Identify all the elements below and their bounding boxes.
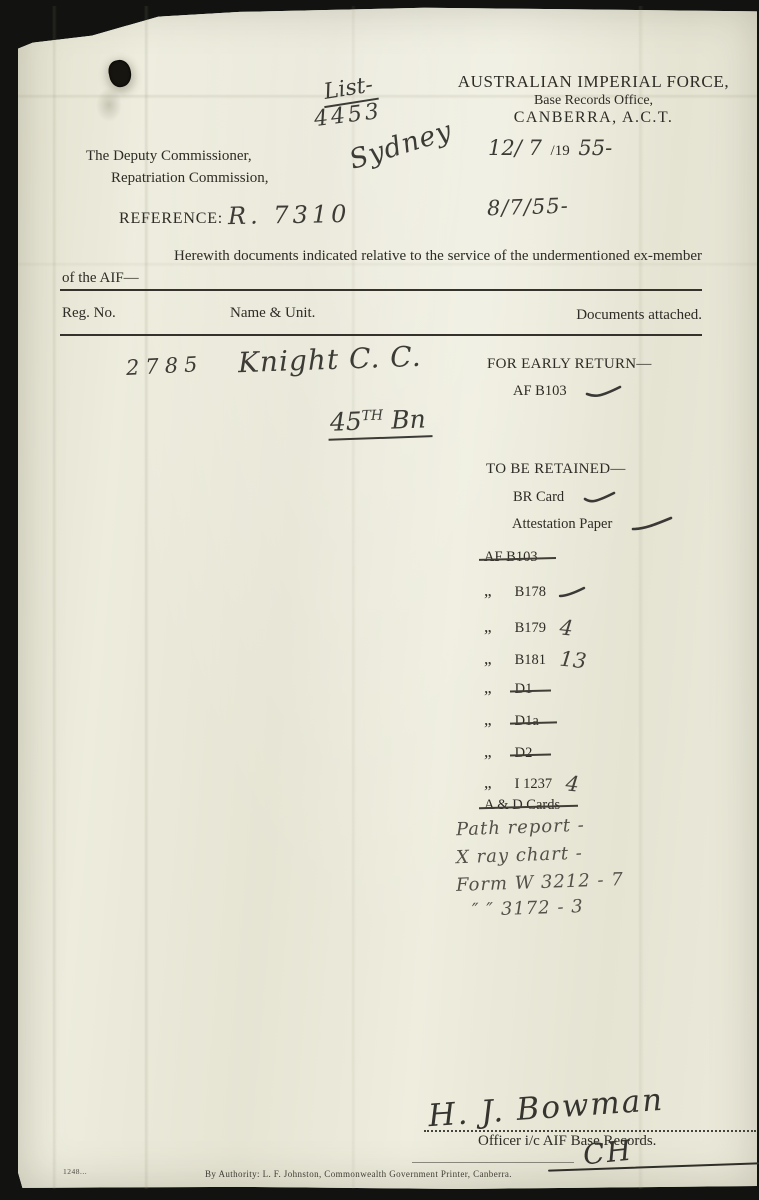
early-return-item: AF B103 <box>513 383 624 400</box>
printer-imprint: By Authority: L. F. Johnston, Commonweal… <box>205 1169 512 1179</box>
scanned-document-page: AUSTRALIAN IMPERIAL FORCE, Base Records … <box>0 0 759 1200</box>
ditto-mark: „ <box>484 710 511 730</box>
doc-label: D1 <box>515 681 533 698</box>
pencil-count: 4 <box>564 771 580 796</box>
entry-unit: 45TH Bn <box>327 404 432 441</box>
col-header-documents: Documents attached. <box>520 307 702 324</box>
doc-label: D2 <box>515 745 533 762</box>
doc-label: Attestation Paper <box>512 516 612 533</box>
checklist-row: „ D1a <box>484 710 539 730</box>
checklist-row: „ B181 13 <box>484 645 586 669</box>
ditto-mark: „ <box>484 773 511 793</box>
date-day: 12/ <box>488 136 522 160</box>
table-rule-top <box>60 289 702 291</box>
office-line: Base Records Office, <box>430 93 757 109</box>
location-line: CANBERRA, A.C.T. <box>430 109 757 127</box>
doc-label: D1a <box>515 713 539 730</box>
ditto-mark: „ <box>484 617 511 637</box>
checkmark-icon <box>630 516 674 533</box>
doc-label: AF B103 <box>484 549 538 566</box>
signature-rule <box>424 1130 756 1132</box>
retained-item: BR Card <box>513 489 618 506</box>
pencil-count: 4 <box>558 615 574 640</box>
checklist-row: „ I 1237 4 <box>484 769 579 793</box>
doc-label: B181 <box>515 652 546 669</box>
pencil-count: 13 <box>558 647 587 674</box>
checklist-row: AF B103 <box>484 549 538 566</box>
form-number: 1248... <box>63 1167 87 1176</box>
received-date: 8/7/55- <box>487 194 569 221</box>
printed-year-prefix: /19 <box>551 143 570 159</box>
addressee-line1: The Deputy Commissioner, <box>86 148 252 165</box>
retained-item: Attestation Paper <box>512 516 674 533</box>
unit-number: 45 <box>329 407 362 437</box>
checklist-row: „ D2 <box>484 742 532 762</box>
col-header-name-unit: Name & Unit. <box>230 305 315 322</box>
doc-label: AF B103 <box>513 383 567 400</box>
doc-label: I 1237 <box>515 776 552 793</box>
org-title: AUSTRALIAN IMPERIAL FORCE, <box>430 72 757 92</box>
retained-heading: TO BE RETAINED— <box>486 461 626 478</box>
unit-word: Bn <box>383 404 426 434</box>
reference-value: R. 7310 <box>228 200 351 230</box>
checkmark-icon <box>558 586 586 599</box>
doc-label: B178 <box>515 584 546 601</box>
doc-label: A & D Cards <box>484 797 560 814</box>
imprint-rule <box>412 1162 574 1163</box>
checklist-row: „ B179 4 <box>484 613 573 637</box>
ink-smudge <box>96 88 122 122</box>
early-return-heading: FOR EARLY RETURN— <box>487 356 652 373</box>
despatch-date: 12/ 7 /19 55- <box>488 136 612 160</box>
ditto-mark: „ <box>484 581 511 601</box>
doc-label: BR Card <box>513 489 564 506</box>
doc-label: B179 <box>515 620 546 637</box>
entry-reg-no: 2785 <box>125 352 204 380</box>
pencil-note-line: X ray chart - <box>456 843 583 868</box>
entry-name: Knight C. C. <box>237 340 422 379</box>
ditto-mark: „ <box>484 649 511 669</box>
checklist-row: „ B178 <box>484 581 586 601</box>
clerk-initials: CH <box>581 1133 634 1171</box>
table-rule-bottom <box>60 334 702 336</box>
pencil-note-line: ″ ″ 3172 - 3 <box>472 896 584 921</box>
reference-label: REFERENCE: <box>119 210 223 228</box>
date-month: 7 <box>528 136 541 160</box>
addressee-line2: Repatriation Commission, <box>111 170 269 187</box>
checklist-row: A & D Cards <box>484 797 560 814</box>
checkmark-icon <box>584 384 624 400</box>
unit-ordinal: TH <box>361 408 383 425</box>
checklist-row: „ D1 <box>484 678 532 698</box>
date-year: 55- <box>578 136 612 160</box>
body-paragraph: Herewith documents indicated relative to… <box>62 246 702 290</box>
ditto-mark: „ <box>484 678 511 698</box>
col-header-reg-no: Reg. No. <box>62 305 116 322</box>
pencil-note-line: Path report - <box>456 815 585 840</box>
checkmark-icon <box>582 490 618 505</box>
ditto-mark: „ <box>484 742 511 762</box>
